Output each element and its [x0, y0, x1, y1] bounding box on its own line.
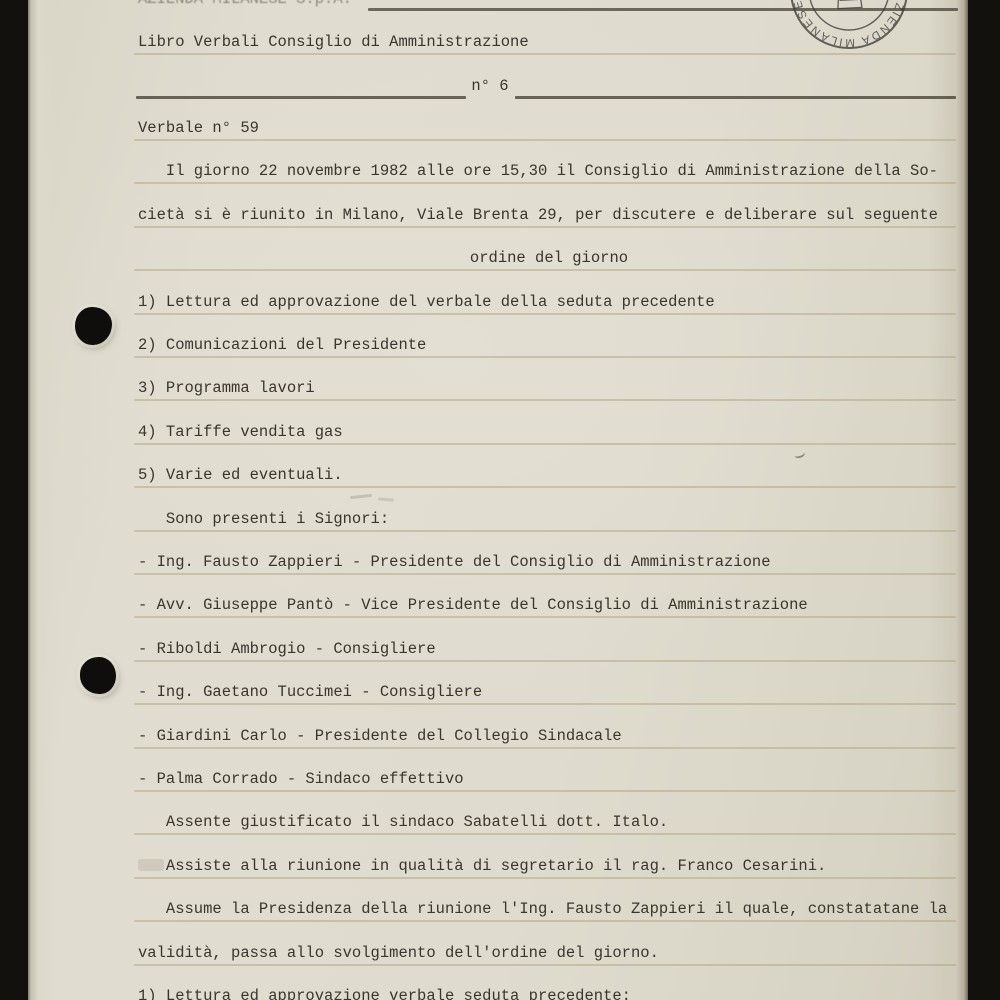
document-line-text: AZIENDA MILANESE S.p.A. — [138, 0, 352, 8]
document-line: - Giardini Carlo - Presidente del Colleg… — [134, 728, 956, 745]
document-line: 1) Lettura ed approvazione del verbale d… — [134, 294, 956, 311]
document-line: - Ing. Gaetano Tuccimei - Consigliere — [134, 684, 956, 701]
document-line-text: 1) Lettura ed approvazione verbale sedut… — [138, 987, 631, 1000]
document-line-text: - Giardini Carlo - Presidente del Colleg… — [138, 727, 622, 745]
document-line: - Riboldi Ambrogio - Consigliere — [134, 641, 956, 658]
document-line: 3) Programma lavori — [134, 380, 956, 397]
document-line: 2) Comunicazioni del Presidente — [134, 337, 956, 354]
document-line-text: - Ing. Gaetano Tuccimei - Consigliere — [138, 683, 482, 701]
document-line-text: 3) Programma lavori — [138, 379, 315, 397]
company-stamp-icon: ★ AZIENDA MILANESE ★ — [773, 0, 925, 66]
stamp-crest-lines — [839, 0, 860, 1]
punch-hole-top — [75, 307, 112, 345]
document-line-text: ordine del giorno — [470, 249, 628, 267]
document-line-text: 5) Varie ed eventuali. — [138, 466, 343, 484]
document-line-text: 4) Tariffe vendita gas — [138, 423, 343, 441]
document-line: Assente giustificato il sindaco Sabatell… — [134, 814, 956, 831]
book-number-label: n° 6 — [465, 78, 515, 95]
document-line: - Ing. Fausto Zappieri - Presidente del … — [134, 554, 956, 571]
document-line: - Avv. Giuseppe Pantò - Vice Presidente … — [134, 597, 956, 614]
typed-underscore-left — [136, 96, 466, 99]
paper-sheet: AZIENDA MILANESE S.p.A.Libro Verbali Con… — [28, 0, 968, 1000]
ink-speck — [793, 448, 806, 459]
document-line: Sono presenti i Signori: — [134, 511, 956, 528]
document-line-text: - Avv. Giuseppe Pantò - Vice Presidente … — [138, 596, 808, 614]
document-line-text: - Riboldi Ambrogio - Consigliere — [138, 640, 436, 658]
document-line: cietà si è riunito in Milano, Viale Bren… — [134, 207, 956, 224]
document-line-text: 1) Lettura ed approvazione del verbale d… — [138, 293, 715, 311]
typed-underscore-right — [515, 96, 956, 99]
document-line-text: Assiste alla riunione in qualità di segr… — [138, 857, 826, 875]
document-line-text: - Palma Corrado - Sindaco effettivo — [138, 770, 464, 788]
document-line: 5) Varie ed eventuali. — [134, 467, 956, 484]
document-line: - Palma Corrado - Sindaco effettivo — [134, 771, 956, 788]
ghost-text-smudge — [138, 859, 164, 871]
document-line-text: - Ing. Fausto Zappieri - Presidente del … — [138, 553, 771, 571]
document-line-text: Verbale n° 59 — [138, 119, 259, 137]
document-line: ordine del giorno — [134, 250, 956, 267]
document-line-text: Sono presenti i Signori: — [138, 510, 389, 528]
document-line: validità, passa allo svolgimento dell'or… — [134, 945, 956, 962]
document-line-text: cietà si è riunito in Milano, Viale Bren… — [138, 206, 938, 224]
document-line: 1) Lettura ed approvazione verbale sedut… — [134, 988, 956, 1000]
punch-hole-bottom — [80, 657, 116, 694]
smudge-mark — [378, 497, 394, 501]
document-line-text: validità, passa allo svolgimento dell'or… — [138, 944, 659, 962]
scanned-document-page: AZIENDA MILANESE S.p.A.Libro Verbali Con… — [0, 0, 1000, 1000]
document-line-text: Libro Verbali Consiglio di Amministrazio… — [138, 33, 529, 51]
document-line-text: 2) Comunicazioni del Presidente — [138, 336, 426, 354]
document-line: Verbale n° 59 — [134, 120, 956, 137]
book-number-divider: n° 6 — [134, 78, 956, 95]
document-line: Il giorno 22 novembre 1982 alle ore 15,3… — [134, 163, 956, 180]
smudge-mark — [350, 494, 372, 499]
document-line: Assiste alla riunione in qualità di segr… — [134, 858, 956, 875]
document-line: 4) Tariffe vendita gas — [134, 424, 956, 441]
stamp-crest-shield — [836, 0, 862, 9]
document-line-text: Assente giustificato il sindaco Sabatell… — [138, 813, 668, 831]
document-line-text: Il giorno 22 novembre 1982 alle ore 15,3… — [138, 162, 938, 180]
document-line-text: Assume la Presidenza della riunione l'In… — [138, 900, 947, 918]
document-line: Assume la Presidenza della riunione l'In… — [134, 901, 956, 918]
